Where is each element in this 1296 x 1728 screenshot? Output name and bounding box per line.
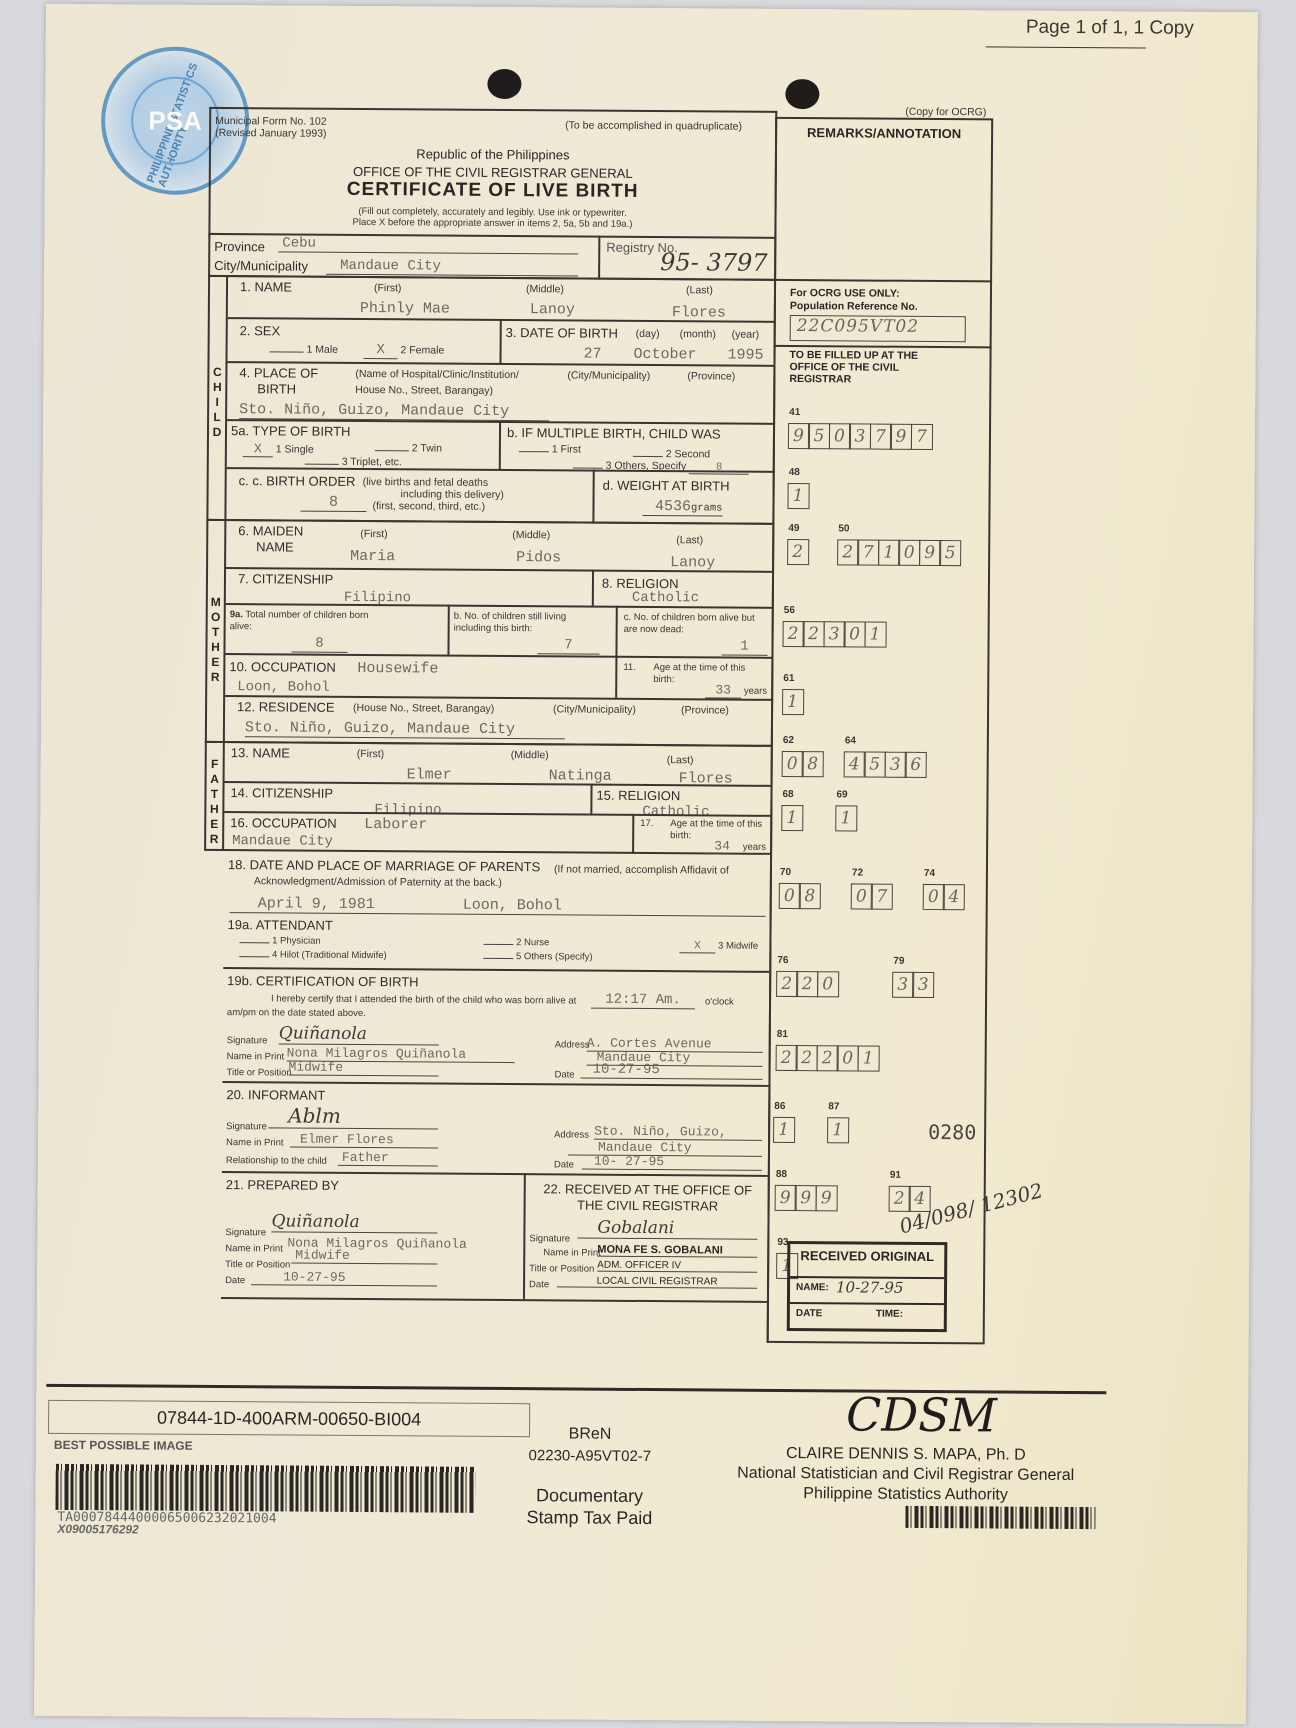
sex-male-mark: [270, 351, 304, 352]
dead-children-no: c.: [624, 612, 631, 623]
tax-paid-label-2: Stamp Tax Paid: [495, 1507, 683, 1529]
total-children-value: 8: [291, 636, 347, 653]
mother-occupation-label: 10. OCCUPATION: [229, 659, 336, 675]
code-label: 76: [777, 955, 788, 966]
name-in-print-label: Name in Print: [227, 1051, 285, 1062]
code-digit: 4: [843, 751, 865, 777]
signatory-title: National Statistician and Civil Registra…: [716, 1465, 1096, 1486]
last-label: (Last): [676, 534, 703, 546]
best-image-label: BEST POSSIBLE IMAGE: [54, 1438, 193, 1453]
weight-label: d. WEIGHT AT BIRTH: [603, 478, 730, 494]
code-digit: 1: [857, 1045, 879, 1071]
code-digit: 4: [943, 884, 965, 910]
father-first-name: Elmer: [407, 766, 452, 783]
code-digit: 9: [815, 1185, 837, 1211]
year-label: (year): [732, 329, 760, 341]
years-label: years: [744, 686, 767, 697]
code-label: 81: [777, 1029, 788, 1040]
attendant-physician-option: 1 Physician: [272, 935, 321, 946]
fill-up-label: TO BE FILLED UP AT THE: [790, 349, 919, 362]
code-boxes-50: 271095: [838, 539, 961, 566]
code-label: 91: [890, 1170, 901, 1181]
mother-first-name: Maria: [350, 548, 395, 565]
total-children-field: 9a. Total number of children born alive:: [230, 609, 378, 634]
code-label: 49: [788, 523, 799, 534]
code-label: 88: [776, 1169, 787, 1180]
father-citizenship-label: 14. CITIZENSHIP: [230, 785, 333, 801]
code-boxes-69: 1: [836, 805, 857, 831]
received-original-stamp: RECEIVED ORIGINAL NAME: 10-27-95 DATE TI…: [787, 1241, 948, 1332]
code-digit: 5: [808, 423, 830, 449]
code-label: 79: [893, 956, 904, 967]
maiden-name-label: 6. MAIDEN: [238, 523, 303, 538]
middle-label: (Middle): [511, 749, 549, 761]
marriage-hint: (If not married, accomplish Affidavit of: [554, 863, 729, 876]
code-digit: 0: [817, 971, 839, 997]
barcode-icon[interactable]: [55, 1464, 475, 1513]
code-boxes-70: 08: [780, 883, 821, 909]
pob-hint-2: House No., Street, Barangay): [355, 384, 493, 397]
fill-up-label-3: REGISTRAR: [789, 373, 851, 385]
code-digit: 0: [898, 540, 920, 566]
code-digit: 0: [837, 1045, 859, 1071]
control-number: 07844-1D-400ARM-00650-BI004: [48, 1400, 530, 1437]
code-digit: 3: [892, 972, 914, 998]
code-digit: 2: [837, 539, 859, 565]
page-info: Page 1 of 1, 1 Copy: [1026, 17, 1194, 40]
attendant-label: 19a. ATTENDANT: [228, 917, 333, 933]
day-label: (day): [636, 328, 660, 340]
code-digit: 7: [869, 424, 891, 450]
birth-order-hint-2: including this delivery): [401, 488, 504, 501]
title-label: Title or Position: [226, 1067, 291, 1078]
birth-certificate-document: Page 1 of 1, 1 Copy PHILIPPINE STATISTIC…: [34, 4, 1258, 1724]
birth-order-label: c. BIRTH ORDER: [252, 473, 355, 489]
birth-order-hint: (live births and fetal deaths: [363, 476, 489, 489]
code-digit: 9: [787, 423, 809, 449]
place-of-birth: Sto. Niño, Guizo, Mandaue City: [239, 401, 549, 421]
sex-female-option: 2 Female: [400, 344, 444, 356]
total-children-label: Total number of children born alive:: [230, 609, 369, 632]
registrar-name: MONA FE S. GOBALANI: [597, 1244, 757, 1258]
code-digit: 2: [796, 971, 818, 997]
sex-label: 2. SEX: [240, 323, 281, 338]
code-boxes-62: 08: [783, 751, 824, 777]
code-digit: 1: [878, 540, 900, 566]
child-name-label: 1. NAME: [240, 279, 292, 294]
code-digit: 2: [816, 1045, 838, 1071]
registry-number: 95- 3797: [660, 248, 768, 277]
province-label: Province: [214, 239, 265, 254]
residence-city-hint: (City/Municipality): [553, 703, 636, 716]
pob-label: 4. PLACE OF: [239, 365, 318, 381]
father-occupation-place: Mandaue City: [232, 833, 333, 850]
psa-logo-icon: PSA: [131, 76, 220, 165]
code-boxes-87: 1: [828, 1117, 849, 1143]
child-first-name: Phinly Mae: [360, 300, 450, 318]
form-number: Municipal Form No. 102: [215, 115, 327, 128]
first-label: (First): [360, 528, 387, 540]
code-boxes-49: 2: [788, 539, 809, 565]
code-digit: 7: [910, 424, 932, 450]
name-in-print-label: Name in Print: [543, 1247, 601, 1258]
code-digit: 8: [802, 751, 824, 777]
code-digit: 3: [823, 621, 845, 647]
city-value: Mandaue City: [326, 258, 578, 277]
date-label: Date: [529, 1279, 549, 1290]
birth-time: 12:17 Am.: [591, 992, 695, 1010]
code-digit: 9: [890, 424, 912, 450]
first-label: (First): [374, 282, 401, 294]
father-age-value: 34: [704, 838, 740, 854]
city-label: City/Municipality: [214, 258, 308, 274]
registrar-codes: 4195037974814925027109556223016116208644…: [46, 4, 1258, 12]
child-section-label: CHILD: [210, 365, 225, 440]
attendant-signature: Quiñanola: [279, 1023, 439, 1045]
bren-label: BReN: [516, 1425, 664, 1444]
code-digit: 5: [864, 752, 886, 778]
code-boxes-76: 220: [777, 971, 839, 997]
registrar-title: ADM. OFFICER IV: [597, 1260, 757, 1273]
multiple-others-value: 8: [689, 461, 749, 474]
code-label: 50: [838, 523, 849, 534]
signatory-name: CLAIRE DENNIS S. MAPA, Ph. D: [736, 1445, 1076, 1465]
marriage-date: April 9, 1981: [258, 895, 375, 913]
page-title: CERTIFICATE OF LIVE BIRTH: [209, 178, 777, 204]
code-label: 64: [845, 735, 856, 746]
birth-order-value: 8: [300, 494, 366, 512]
father-section-label: FATHER: [207, 757, 222, 847]
type-single-option: 1 Single: [276, 443, 314, 455]
address-label: Address: [555, 1039, 590, 1050]
code-digit: 1: [827, 1117, 849, 1143]
code-digit: 2: [775, 1045, 797, 1071]
punch-hole-icon: [487, 69, 521, 99]
code-digit: 0: [828, 423, 850, 449]
attendant-midwife-mark: X: [679, 940, 715, 953]
certification-text-2: am/pm on the date stated above.: [227, 1007, 366, 1019]
barcode-number-2: X09005176292: [57, 1522, 139, 1537]
code-digit: 5: [939, 540, 961, 566]
form-revised: (Revised January 1993): [215, 127, 327, 140]
signature-label: Signature: [227, 1035, 268, 1046]
multiple-birth-label: b. IF MULTIPLE BIRTH, CHILD WAS: [507, 425, 721, 441]
residence-province-hint: (Province): [681, 704, 729, 716]
dead-children-field: c. No. of children born alive but are no…: [624, 612, 764, 637]
code-label: 56: [784, 605, 795, 616]
stamp-time-label: TIME:: [876, 1309, 903, 1320]
ocrg-label: For OCRG USE ONLY:: [790, 287, 900, 300]
code-label: 48: [789, 467, 800, 478]
code-boxes-64: 4536: [845, 751, 927, 778]
code-digit: 2: [888, 1186, 910, 1212]
marriage-place: Loon, Bohol: [463, 897, 562, 915]
code-digit: 1: [864, 622, 886, 648]
code-label: 86: [774, 1101, 785, 1112]
informant-label: 20. INFORMANT: [226, 1087, 325, 1103]
marriage-label: 18. DATE AND PLACE OF MARRIAGE OF PARENT…: [228, 857, 540, 874]
living-children-value: 7: [537, 637, 599, 654]
received-label: 22. RECEIVED AT THE OFFICE OF: [528, 1181, 768, 1198]
code-digit: 1: [787, 483, 809, 509]
date-label: Date: [554, 1069, 574, 1080]
dob-month: October: [633, 346, 696, 363]
father-occupation: Laborer: [364, 816, 427, 833]
maiden-name-label-2: NAME: [256, 539, 294, 554]
code-label: 69: [836, 789, 847, 800]
population-ref-label: Population Reference No.: [790, 300, 918, 313]
code-boxes-86: 1: [774, 1117, 795, 1143]
mother-middle-name: Pidos: [516, 549, 561, 566]
dob-label: 3. DATE OF BIRTH: [506, 325, 618, 341]
years-label: years: [743, 842, 766, 853]
last-label: (Last): [686, 284, 713, 296]
last-label: (Last): [667, 754, 694, 766]
code-boxes-56: 22301: [784, 621, 887, 648]
informant-signature: Ablm: [268, 1103, 438, 1129]
preparer-title: Midwife: [291, 1248, 437, 1265]
province-value: Cebu: [278, 235, 578, 254]
title-label: Title or Position: [529, 1263, 594, 1274]
code-digit: 2: [803, 621, 825, 647]
code-digit: 8: [799, 883, 821, 909]
stamp-number: 0280: [928, 1120, 976, 1144]
code-digit: 7: [871, 884, 893, 910]
type-single-mark: X: [243, 441, 273, 457]
middle-label: (Middle): [526, 283, 564, 295]
father-name-label: 13. NAME: [231, 745, 290, 760]
father-occupation-label: 16. OCCUPATION: [230, 815, 337, 831]
certification-label: 19b. CERTIFICATION OF BIRTH: [227, 973, 419, 989]
birth-order-hint-3: (first, second, third, etc.): [372, 500, 485, 513]
code-digit: 3: [849, 423, 871, 449]
code-digit: 0: [844, 621, 866, 647]
mother-age-no: 11.: [623, 662, 636, 673]
father-middle-name: Natinga: [549, 767, 612, 784]
attendant-nurse-option: 2 Nurse: [516, 937, 549, 948]
mother-residence: Sto. Niño, Guizo, Mandaue City: [245, 719, 565, 739]
code-label: 61: [783, 673, 794, 684]
attendant-midwife-option: 3 Midwife: [718, 941, 758, 952]
code-digit: 0: [850, 883, 872, 909]
barcode-icon[interactable]: [905, 1506, 1095, 1529]
mother-religion: Catholic: [632, 590, 699, 606]
mother-age-value: 33: [705, 682, 741, 698]
code-label: 62: [783, 735, 794, 746]
weight-value: 4536grams: [642, 498, 722, 517]
code-digit: 2: [782, 621, 804, 647]
preparer-date: 10-27-95: [251, 1269, 437, 1286]
sex-male-option: 1 Male: [306, 344, 338, 356]
received-label-2: THE CIVIL REGISTRAR: [528, 1197, 768, 1214]
code-digit: 0: [922, 884, 944, 910]
first-label: (First): [357, 748, 384, 760]
fill-up-label-2: OFFICE OF THE CIVIL: [789, 361, 899, 374]
attendant-date: 10-27-95: [581, 1062, 763, 1080]
informant-date: 10- 27-95: [582, 1154, 762, 1171]
remarks-title: REMARKS/ANNOTATION: [775, 125, 993, 142]
total-children-no: 9a.: [230, 609, 243, 620]
residence-hint: (House No., Street, Barangay): [353, 702, 494, 715]
mother-citizenship-label: 7. CITIZENSHIP: [238, 571, 333, 587]
code-digit: 2: [787, 539, 809, 565]
type-of-birth-label: 5a. TYPE OF BIRTH: [231, 423, 351, 439]
code-boxes-88: 999: [776, 1185, 838, 1211]
code-digit: 6: [905, 752, 927, 778]
attendant-others-option: 5 Others (Specify): [516, 951, 593, 963]
signatory-org: Philippine Statistics Authority: [736, 1485, 1076, 1505]
weight-unit: grams: [691, 502, 723, 514]
code-label: 72: [852, 867, 863, 878]
code-digit: 9: [919, 540, 941, 566]
type-twin-option: 2 Twin: [412, 442, 442, 454]
father-religion-label: 15. RELIGION: [596, 788, 680, 804]
informant-name: Elmer Flores: [290, 1132, 438, 1149]
registrar-date: LOCAL CIVIL REGISTRAR: [557, 1275, 757, 1288]
code-label: 70: [780, 867, 791, 878]
code-digit: 9: [774, 1185, 796, 1211]
punch-hole-icon: [785, 79, 819, 109]
relationship-label: Relationship to the child: [226, 1155, 327, 1167]
child-last-name: Flores: [672, 304, 726, 321]
code-digit: 0: [781, 751, 803, 777]
informant-address: Sto. Niño, Guizo,: [594, 1124, 762, 1141]
attendant-hilot-option: 4 Hilot (Traditional Midwife): [272, 949, 387, 961]
code-boxes-41: 9503797: [789, 423, 933, 450]
living-children-no: b.: [454, 611, 462, 622]
mother-occupation-place: Loon, Bohol: [237, 679, 330, 696]
code-digit: 3: [912, 972, 934, 998]
population-ref-value: 22C095VT02: [790, 315, 966, 342]
multiple-second-option: 2 Second: [666, 448, 710, 460]
informant-relationship: Father: [338, 1150, 438, 1167]
copy-for-label: (Copy for OCRG): [905, 106, 986, 119]
code-boxes-48: 1: [788, 483, 809, 509]
stamp-name-label: NAME:: [796, 1282, 829, 1293]
code-label: 87: [828, 1101, 839, 1112]
month-label: (month): [680, 328, 716, 340]
pob-province-hint: (Province): [687, 370, 735, 382]
code-digit: 1: [773, 1117, 795, 1143]
code-boxes-81: 22201: [777, 1045, 880, 1072]
dead-children-label: No. of children born alive but are now d…: [624, 612, 755, 635]
marriage-hint-2: Acknowledgment/Admission of Paternity at…: [254, 875, 502, 889]
certification-text: I hereby certify that I attended the bir…: [271, 993, 576, 1006]
pob-city-hint: (City/Municipality): [567, 369, 650, 382]
code-digit: 1: [781, 805, 803, 831]
date-label: Date: [554, 1159, 574, 1170]
living-children-label: No. of children still living including t…: [454, 611, 567, 634]
code-digit: 2: [796, 1045, 818, 1071]
stamp-date-label: DATE: [796, 1308, 823, 1319]
mother-section-label: MOTHER: [208, 595, 223, 685]
code-digit: 2: [776, 971, 798, 997]
quadruplicate-note: (To be accomplished in quadruplicate): [565, 119, 742, 132]
pob-label-2: BIRTH: [257, 381, 296, 396]
code-digit: 3: [884, 752, 906, 778]
code-boxes-61: 1: [783, 689, 804, 715]
weight-number: 4536: [655, 498, 691, 515]
tax-paid-label: Documentary: [506, 1485, 674, 1507]
signatory-signature: CDSM: [846, 1387, 997, 1442]
signature-label: Signature: [529, 1233, 570, 1244]
code-label: 41: [789, 407, 800, 418]
bren-number: 02230-A95VT02-7: [496, 1447, 684, 1465]
code-digit: 7: [857, 539, 879, 565]
attendant-title: Midwife: [289, 1060, 439, 1077]
code-digit: 1: [782, 689, 804, 715]
marriage-value: April 9, 1981 Loon, Bohol: [230, 895, 766, 917]
code-digit: 1: [835, 805, 857, 831]
type-triplet-option: 3 Triplet, etc.: [342, 456, 402, 468]
living-children-field: b. No. of children still living includin…: [454, 611, 604, 636]
code-boxes-72: 07: [852, 883, 893, 909]
dob-year: 1995: [727, 347, 763, 364]
multiple-first-option: 1 First: [552, 443, 581, 455]
date-label: Date: [225, 1275, 245, 1286]
dead-children-value: 1: [721, 639, 767, 656]
father-age-no: 17.: [640, 818, 653, 829]
child-middle-name: Lanoy: [530, 301, 575, 318]
sex-female-mark: X: [364, 342, 398, 359]
mother-last-name: Lanoy: [670, 554, 715, 571]
dob-day: 27: [583, 346, 601, 363]
code-digit: 9: [795, 1185, 817, 1211]
name-in-print-label: Name in Print: [225, 1243, 283, 1254]
oclock-label: o'clock: [705, 996, 734, 1007]
code-label: 74: [924, 868, 935, 879]
code-boxes-79: 33: [893, 972, 934, 998]
stamp-title: RECEIVED ORIGINAL: [790, 1248, 944, 1264]
pob-hint: (Name of Hospital/Clinic/Institution/: [355, 368, 518, 381]
signature-label: Signature: [226, 1121, 267, 1132]
prepared-by-label: 21. PREPARED BY: [226, 1177, 339, 1193]
signature-label: Signature: [225, 1227, 266, 1238]
preparer-signature: Quiñanola: [271, 1211, 437, 1233]
mother-religion-label: 8. RELIGION: [602, 576, 679, 592]
mother-occupation: Housewife: [357, 660, 438, 678]
code-boxes-68: 1: [782, 805, 803, 831]
registrar-signature: Gobalani: [577, 1218, 757, 1240]
code-digit: 0: [778, 883, 800, 909]
code-label: 68: [782, 789, 793, 800]
name-in-print-label: Name in Print: [226, 1137, 284, 1148]
residence-label: 12. RESIDENCE: [237, 699, 335, 715]
stamp-name-value: 10-27-95: [836, 1278, 904, 1296]
middle-label: (Middle): [512, 529, 550, 541]
code-boxes-74: 04: [924, 884, 965, 910]
